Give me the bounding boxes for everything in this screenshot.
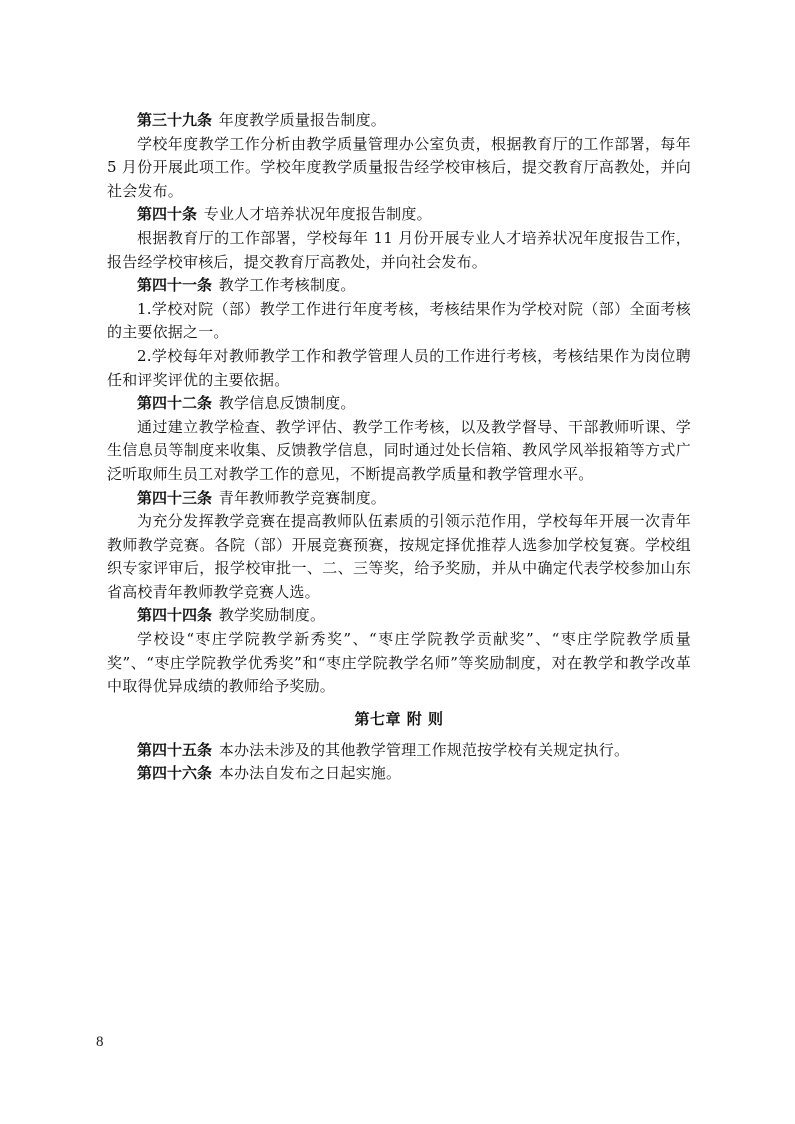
article-number: 第四十五条 xyxy=(137,741,212,759)
article-title: 年度教学质量报告制度。 xyxy=(219,111,386,129)
article-43-body: 为充分发挥教学竞赛在提高教师队伍素质的引领示范作用，学校每年开展一次青年教师教学… xyxy=(107,510,691,604)
article-title: 教学工作考核制度。 xyxy=(219,276,356,294)
article-45: 第四十五条本办法未涉及的其他教学管理工作规范按学校有关规定执行。 xyxy=(107,739,691,763)
article-42-body: 通过建立教学检查、教学评估、教学工作考核，以及教学督导、干部教师听课、学生信息员… xyxy=(107,416,691,487)
article-46: 第四十六条本办法自发布之日起实施。 xyxy=(107,762,691,786)
article-title: 教学奖励制度。 xyxy=(219,606,325,624)
article-title: 教学信息反馈制度。 xyxy=(219,394,356,412)
article-number: 第四十四条 xyxy=(137,606,212,624)
article-40-body: 根据教育厅的工作部署，学校每年 11 月份开展专业人才培养状况年度报告工作，报告… xyxy=(107,227,691,274)
article-number: 第四十三条 xyxy=(137,489,212,507)
article-44-heading: 第四十四条教学奖励制度。 xyxy=(107,604,691,628)
article-42-heading: 第四十二条教学信息反馈制度。 xyxy=(107,392,691,416)
chapter-heading: 第七章 附 则 xyxy=(107,707,691,731)
article-number: 第三十九条 xyxy=(137,111,212,129)
article-title: 专业人才培养状况年度报告制度。 xyxy=(204,205,432,223)
article-number: 第四十一条 xyxy=(137,276,212,294)
article-39-heading: 第三十九条年度教学质量报告制度。 xyxy=(107,109,691,133)
article-text: 本办法未涉及的其他教学管理工作规范按学校有关规定执行。 xyxy=(219,741,629,759)
article-title: 青年教师教学竞赛制度。 xyxy=(219,489,386,507)
document-body: 第三十九条年度教学质量报告制度。 学校年度教学工作分析由教学质量管理办公室负责，… xyxy=(107,109,691,786)
article-41-item-1: 1.学校对院（部）教学工作进行年度考核，考核结果作为学校对院（部）全面考核的主要… xyxy=(107,298,691,345)
article-number: 第四十二条 xyxy=(137,394,212,412)
article-39-body: 学校年度教学工作分析由教学质量管理办公室负责，根据教育厅的工作部署，每年 5 月… xyxy=(107,133,691,204)
article-40-heading: 第四十条专业人才培养状况年度报告制度。 xyxy=(107,203,691,227)
article-number: 第四十条 xyxy=(137,205,197,223)
article-43-heading: 第四十三条青年教师教学竞赛制度。 xyxy=(107,487,691,511)
article-41-item-2: 2.学校每年对教师教学工作和教学管理人员的工作进行考核，考核结果作为岗位聘任和评… xyxy=(107,345,691,392)
page-number: 8 xyxy=(96,1034,104,1051)
article-41-heading: 第四十一条教学工作考核制度。 xyxy=(107,274,691,298)
article-44-body: 学校设“枣庄学院教学新秀奖”、“枣庄学院教学贡献奖”、“枣庄学院教学质量奖”、“… xyxy=(107,628,691,699)
article-text: 本办法自发布之日起实施。 xyxy=(219,764,401,782)
article-number: 第四十六条 xyxy=(137,764,212,782)
